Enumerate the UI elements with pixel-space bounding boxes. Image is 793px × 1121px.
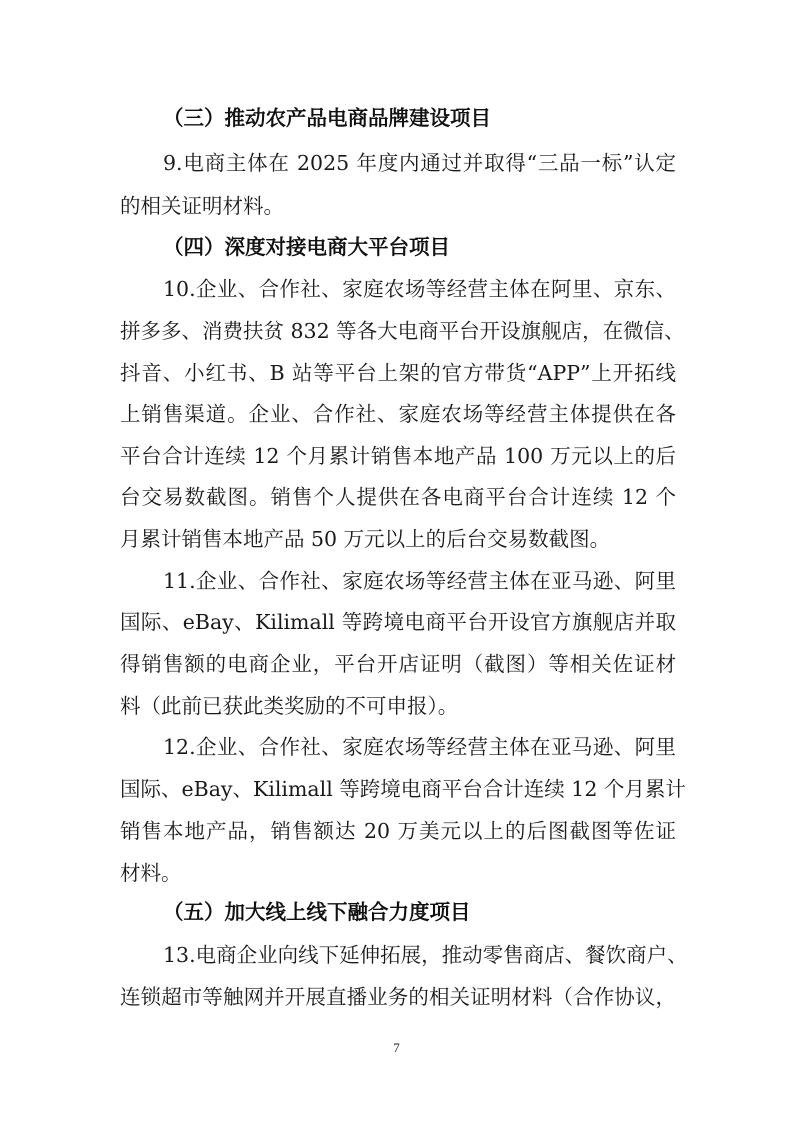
item-9-line-1: 9.电商主体在 2025 年度内通过并取得“三品一标”认定: [163, 149, 676, 177]
item-10-line-2: 拼多多、消费扶贫 832 等各大电商平台开设旗舰店，在微信、: [120, 317, 676, 345]
item-10-line-7: 月累计销售本地产品 50 万元以上的后台交易数截图。: [120, 525, 676, 553]
item-10-line-5: 平台合计连续 12 个月累计销售本地产品 100 万元以上的后: [120, 442, 676, 470]
item-11-line-1: 11.企业、合作社、家庭农场等经营主体在亚马逊、阿里: [163, 567, 676, 595]
item-12-line-3: 销售本地产品，销售额达 20 万美元以上的后图截图等佐证: [120, 817, 676, 845]
item-12-line-2: 国际、eBay、Kilimall 等跨境电商平台合计连续 12 个月累计: [120, 775, 676, 803]
item-10-line-3: 抖音、小红书、B 站等平台上架的官方带货“APP”上开拓线: [120, 359, 676, 387]
item-10-line-4: 上销售渠道。企业、合作社、家庭农场等经营主体提供在各: [120, 400, 676, 428]
item-10-line-1: 10.企业、合作社、家庭农场等经营主体在阿里、京东、: [163, 275, 676, 303]
section-heading-4: （四）深度对接电商大平台项目: [163, 233, 450, 261]
document-page: （三）推动农产品电商品牌建设项目 9.电商主体在 2025 年度内通过并取得“三…: [0, 0, 793, 1121]
item-11-line-3: 得销售额的电商企业，平台开店证明（截图）等相关佐证材: [120, 650, 676, 678]
item-12-line-1: 12.企业、合作社、家庭农场等经营主体在亚马逊、阿里: [163, 733, 676, 761]
section-heading-3: （三）推动农产品电商品牌建设项目: [163, 104, 491, 132]
item-12-line-4: 材料。: [120, 859, 676, 887]
item-11-line-4: 料（此前已获此类奖励的不可申报）。: [120, 692, 676, 720]
item-10-line-6: 台交易数截图。销售个人提供在各电商平台合计连续 12 个: [120, 483, 676, 511]
item-13-line-1: 13.电商企业向线下延伸拓展，推动零售商店、餐饮商户、: [163, 941, 676, 969]
item-13-line-2: 连锁超市等触网并开展直播业务的相关证明材料（合作协议，: [120, 983, 676, 1011]
page-number: 7: [0, 1040, 793, 1056]
section-heading-5: （五）加大线上线下融合力度项目: [163, 898, 471, 926]
item-9-line-2: 的相关证明材料。: [120, 192, 676, 220]
item-11-line-2: 国际、eBay、Kilimall 等跨境电商平台开设官方旗舰店并取: [120, 608, 676, 636]
